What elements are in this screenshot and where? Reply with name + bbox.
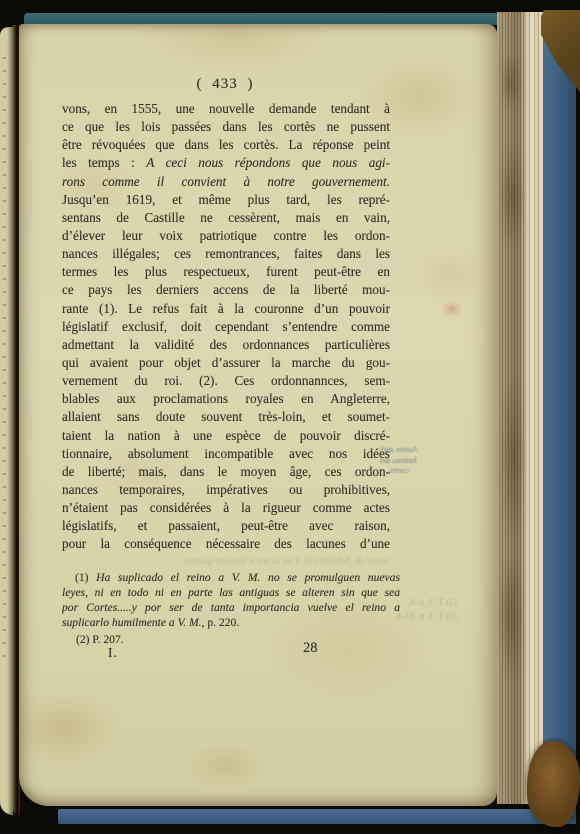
text-segment: , p. 220. xyxy=(202,616,240,629)
footnote-1: (1) Ha suplicado el reino a V. M. no se … xyxy=(62,571,400,631)
ghost-bleed-line: ment de fidelité (3). Ces actes n’étaien… xyxy=(88,555,388,567)
text-line: Jusqu’en 1619, et même plus tard, les re… xyxy=(62,191,390,209)
facing-page-edge xyxy=(0,27,13,815)
text-segment: n’étaient pas considérées à la rigueur c… xyxy=(62,500,390,515)
text-segment: tionnaire, absolument incompatible avec … xyxy=(62,446,390,461)
fore-edge-smudge xyxy=(500,52,522,112)
text-segment: être révoquées que dans les cortès. La r… xyxy=(62,137,390,152)
text-line: vons, en 1555, une nouvelle demande tend… xyxy=(62,100,390,118)
fore-edge-page-stack xyxy=(497,12,543,804)
text-line: qui avaient pour objet d’assurer la marc… xyxy=(62,354,390,372)
text-line: n’étaient pas considérées à la rigueur c… xyxy=(62,499,390,517)
text-segment: législatif exclusif, doit cependant s’en… xyxy=(62,319,390,334)
text-line: nances temporaires, impératives ou prohi… xyxy=(62,481,390,499)
book-cover-right xyxy=(543,11,576,824)
text-segment: taient la nation à une espèce de pouvoir… xyxy=(62,428,390,443)
text-line: législatifs, et passaient, peut-être ave… xyxy=(62,517,390,535)
text-line: rons comme il convient à notre gouvernem… xyxy=(62,173,390,191)
text-segment: A ceci nous répondons que nous agi- xyxy=(146,155,390,170)
text-segment: allaient sans doute souvent très-loin, e… xyxy=(62,409,390,424)
text-segment: por Cortes.....y por ser de tanta import… xyxy=(62,601,400,614)
text-segment: législatifs, et passaient, peut-être ave… xyxy=(62,518,390,533)
text-line: ce que les lois passées dans les cortès … xyxy=(62,118,390,136)
text-line: (1) Ha suplicado el reino a V. M. no se … xyxy=(62,571,400,586)
text-line: de liberté; mais, dans le moyen âge, ces… xyxy=(62,463,390,481)
text-segment: vons, en 1555, une nouvelle demande tend… xyxy=(62,101,390,116)
text-line: por Cortes.....y por ser de tanta import… xyxy=(62,601,400,616)
text-line: législatif exclusif, doit cependant s’en… xyxy=(62,318,390,336)
text-line: admettant la validité des ordonnances pa… xyxy=(62,336,390,354)
text-segment: ce que les lois passées dans les cortès … xyxy=(62,119,390,134)
text-segment: rons comme il convient à notre gouvernem… xyxy=(62,174,390,189)
fore-edge-smudge xyxy=(501,372,525,542)
book-cover-bottom-edge xyxy=(58,809,547,824)
fore-edge-smudge xyxy=(498,552,524,682)
text-line: allaient sans doute souvent très-loin, e… xyxy=(62,408,390,426)
text-line: taient la nation à une espèce de pouvoir… xyxy=(62,427,390,445)
text-segment: suplicarlo humilmente a V. M. xyxy=(62,616,202,629)
text-line: suplicarlo humilmente a V. M., p. 220. xyxy=(62,616,400,631)
body-text: vons, en 1555, une nouvelle demande tend… xyxy=(62,100,390,554)
page-number: ( 433 ) xyxy=(62,76,388,93)
signature-sheet: 28 xyxy=(303,640,318,657)
text-segment: admettant la validité des ordonnances pa… xyxy=(62,337,390,352)
text-segment: de liberté; mais, dans le moyen âge, ces… xyxy=(62,464,390,479)
text-segment: sentans de Castille ne cessèrent, mais e… xyxy=(62,210,390,225)
text-line: être révoquées que dans les cortès. La r… xyxy=(62,136,390,154)
text-line: rante (1). Le refus fait à la couronne d… xyxy=(62,300,390,318)
text-line: sentans de Castille ne cessèrent, mais e… xyxy=(62,209,390,227)
text-segment: pour la conséquence nécessaire des lacun… xyxy=(62,536,390,551)
text-line: ce pays les derniers accens de la libert… xyxy=(62,281,390,299)
text-line: nances illégales; ces remontrances, fait… xyxy=(62,245,390,263)
text-segment: (1) xyxy=(75,571,96,584)
text-segment: nances illégales; ces remontrances, fait… xyxy=(62,246,390,261)
text-line: termes les plus respectueux, furent peut… xyxy=(62,263,390,281)
text-segment: termes les plus respectueux, furent peut… xyxy=(62,264,390,279)
text-line: vernement du roi. (2). Ces ordonnannces,… xyxy=(62,372,390,390)
text-segment: vernement du roi. (2). Ces ordonnannces,… xyxy=(62,373,390,388)
text-line: tionnaire, absolument incompatible avec … xyxy=(62,445,390,463)
text-segment: Ha suplicado el reino a V. M. no se prom… xyxy=(96,571,400,584)
fore-edge-ridge xyxy=(526,12,543,804)
text-line: d’élever leur voix patriotique contre le… xyxy=(62,227,390,245)
text-line: pour la conséquence nécessaire des lacun… xyxy=(62,535,390,553)
text-segment: rante (1). Le refus fait à la couronne d… xyxy=(62,301,390,316)
fore-edge-smudge xyxy=(499,142,525,252)
text-segment: blables aux proclamations royales en Ang… xyxy=(62,391,390,406)
text-segment: nances temporaires, impératives ou prohi… xyxy=(62,482,390,497)
leather-corner-bottom-right xyxy=(527,741,580,827)
text-line: les temps : A ceci nous répondons que no… xyxy=(62,154,390,172)
text-segment: leyes, ni en todo ni en parte las antigu… xyxy=(62,586,400,599)
text-segment: d’élever leur voix patriotique contre le… xyxy=(62,228,390,243)
text-segment: ce pays les derniers accens de la libert… xyxy=(62,282,390,297)
text-line: blables aux proclamations royales en Ang… xyxy=(62,390,390,408)
text-segment: qui avaient pour objet d’assurer la marc… xyxy=(62,355,390,370)
signature-tome: I. xyxy=(108,645,118,661)
text-segment: les temps : xyxy=(62,155,146,170)
text-segment: Jusqu’en 1619, et même plus tard, les re… xyxy=(62,192,390,207)
text-line: leyes, ni en todo ni en parte las antigu… xyxy=(62,586,400,601)
